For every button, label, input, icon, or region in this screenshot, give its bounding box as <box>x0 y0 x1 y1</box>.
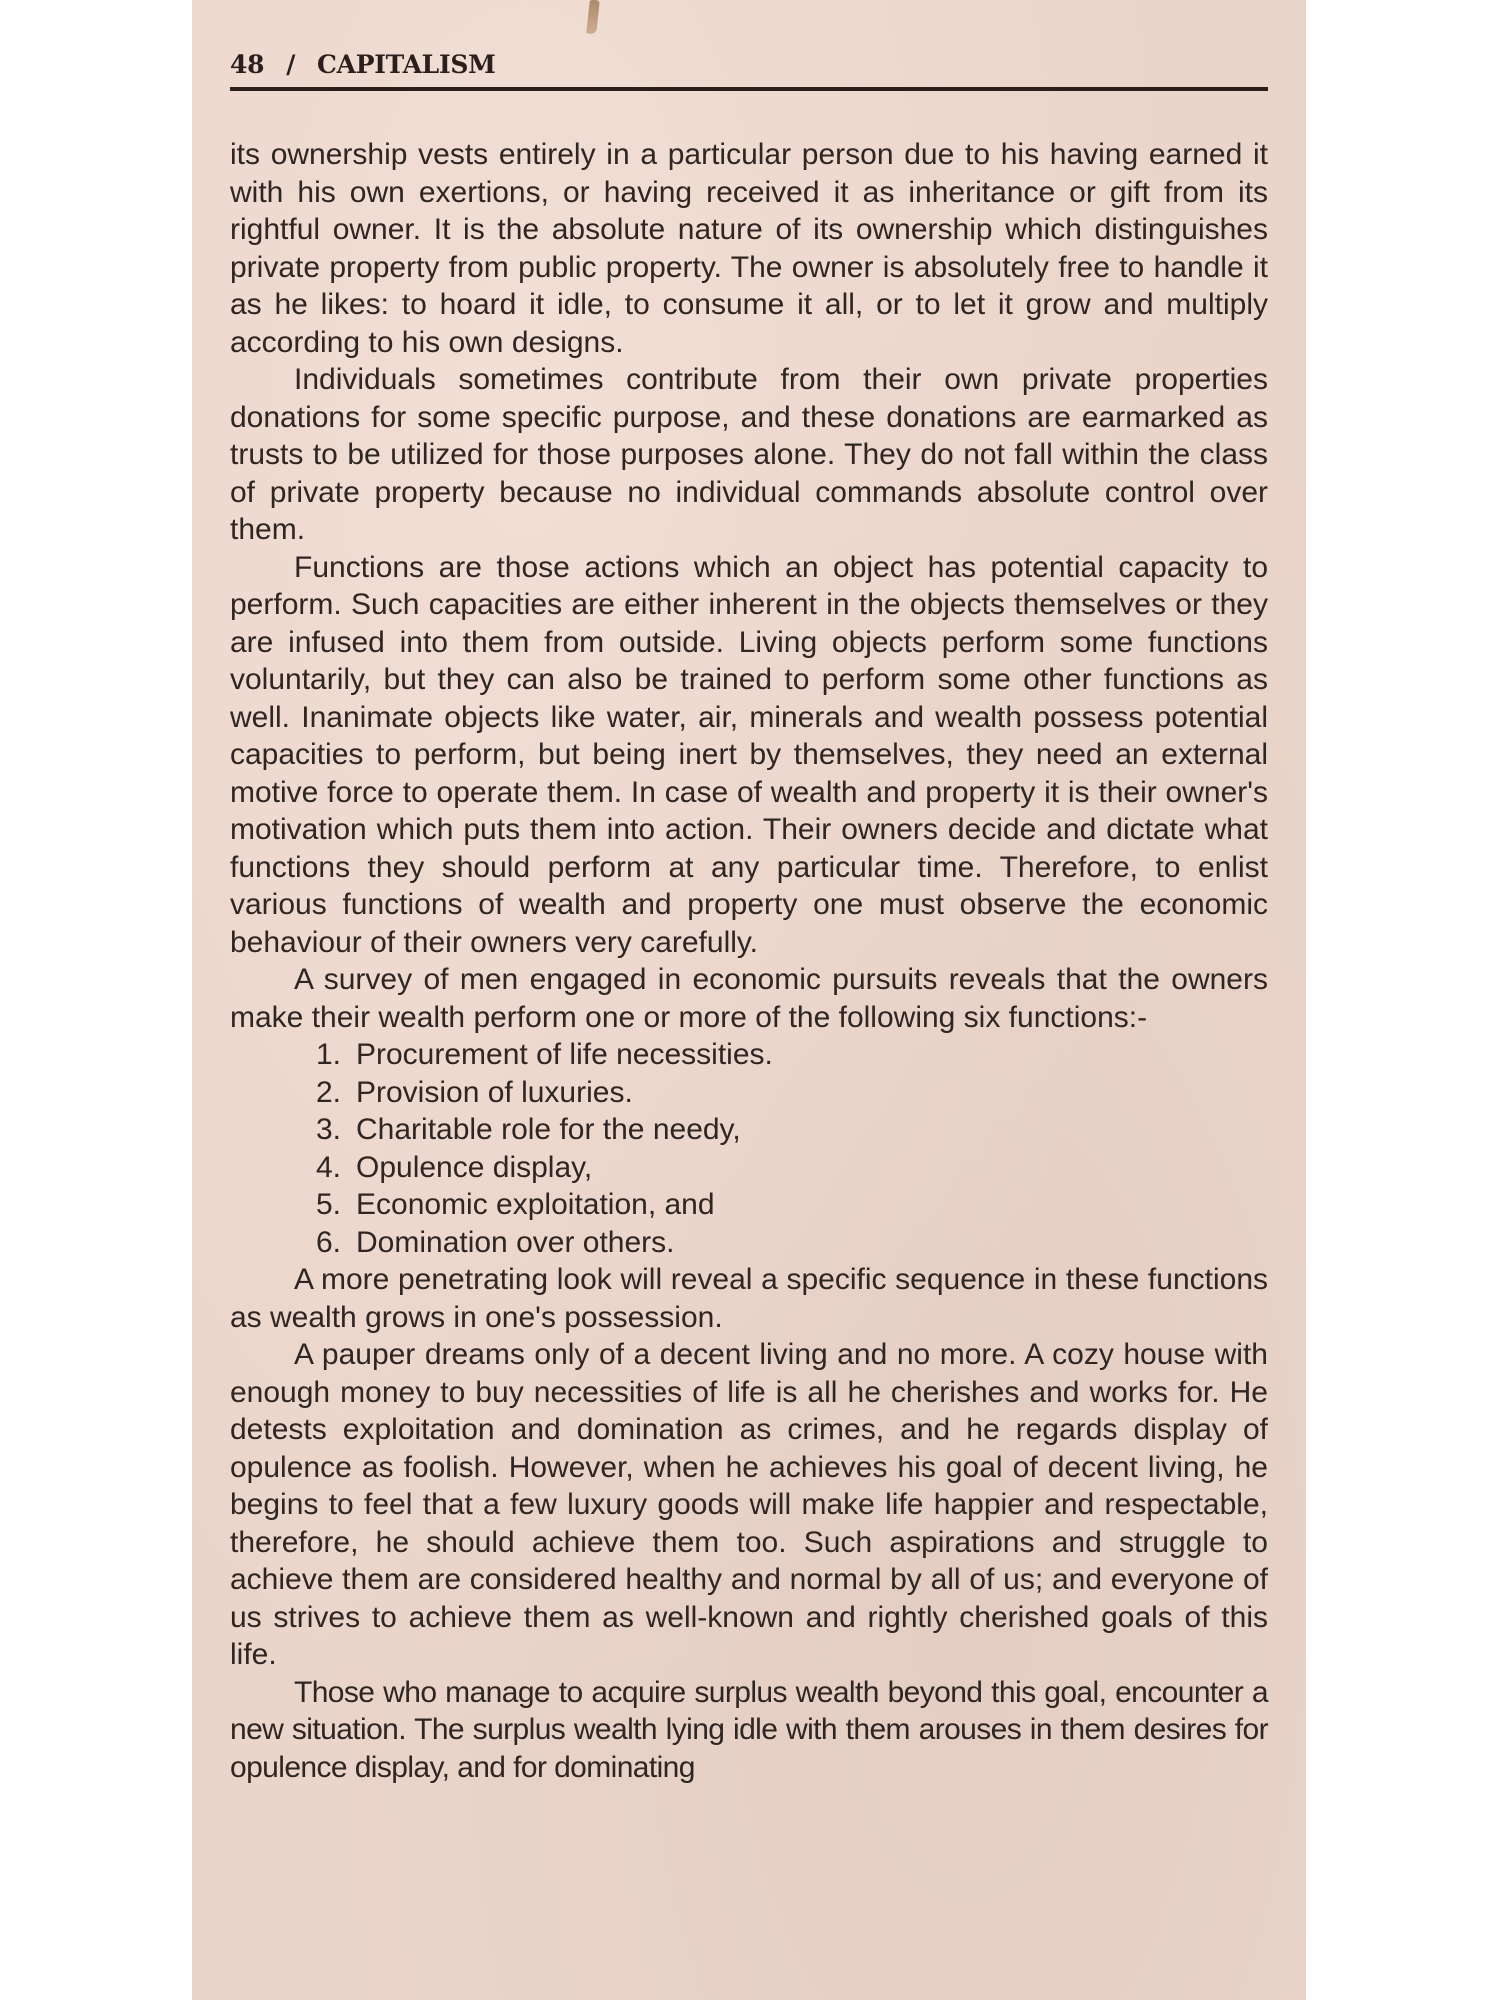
header-separator: / <box>286 50 295 79</box>
paragraph-survey: A survey of men engaged in economic purs… <box>230 961 1268 1036</box>
paper-blemish <box>586 0 599 34</box>
list-item: 1.Procurement of life necessities. <box>316 1036 1268 1074</box>
paragraph-surplus: Those who manage to acquire surplus weal… <box>230 1674 1268 1787</box>
list-text: Economic exploitation, and <box>356 1188 715 1221</box>
list-number: 2. <box>316 1074 356 1112</box>
list-item: 2.Provision of luxuries. <box>316 1074 1268 1112</box>
list-item: 4.Opulence display, <box>316 1149 1268 1187</box>
list-text: Domination over others. <box>356 1226 675 1259</box>
page-number: 48 <box>230 50 264 79</box>
list-number: 5. <box>316 1186 356 1224</box>
paragraph-functions: Functions are those actions which an obj… <box>230 549 1268 962</box>
list-item: 6.Domination over others. <box>316 1224 1268 1262</box>
list-number: 6. <box>316 1224 356 1262</box>
paragraph-pauper: A pauper dreams only of a decent living … <box>230 1336 1268 1674</box>
body-text: its ownership vests entirely in a partic… <box>230 136 1268 1786</box>
paragraph-sequence: A more penetrating look will reveal a sp… <box>230 1261 1268 1336</box>
paragraph-donations: Individuals sometimes contribute from th… <box>230 361 1268 549</box>
paragraph-continued: its ownership vests entirely in a partic… <box>230 136 1268 361</box>
list-text: Charitable role for the needy, <box>356 1113 741 1146</box>
list-text: Provision of luxuries. <box>356 1076 633 1109</box>
list-text: Opulence display, <box>356 1151 592 1184</box>
list-text: Procurement of life necessities. <box>356 1038 773 1071</box>
chapter-title: CAPITALISM <box>317 50 495 79</box>
list-item: 3.Charitable role for the needy, <box>316 1111 1268 1149</box>
functions-list: 1.Procurement of life necessities. 2.Pro… <box>230 1036 1268 1261</box>
list-number: 1. <box>316 1036 356 1074</box>
running-head: 48/CAPITALISM <box>230 50 495 79</box>
book-page: 48/CAPITALISM its ownership vests entire… <box>192 0 1306 2000</box>
list-number: 4. <box>316 1149 356 1187</box>
list-number: 3. <box>316 1111 356 1149</box>
list-item: 5.Economic exploitation, and <box>316 1186 1268 1224</box>
header-rule <box>230 87 1268 91</box>
